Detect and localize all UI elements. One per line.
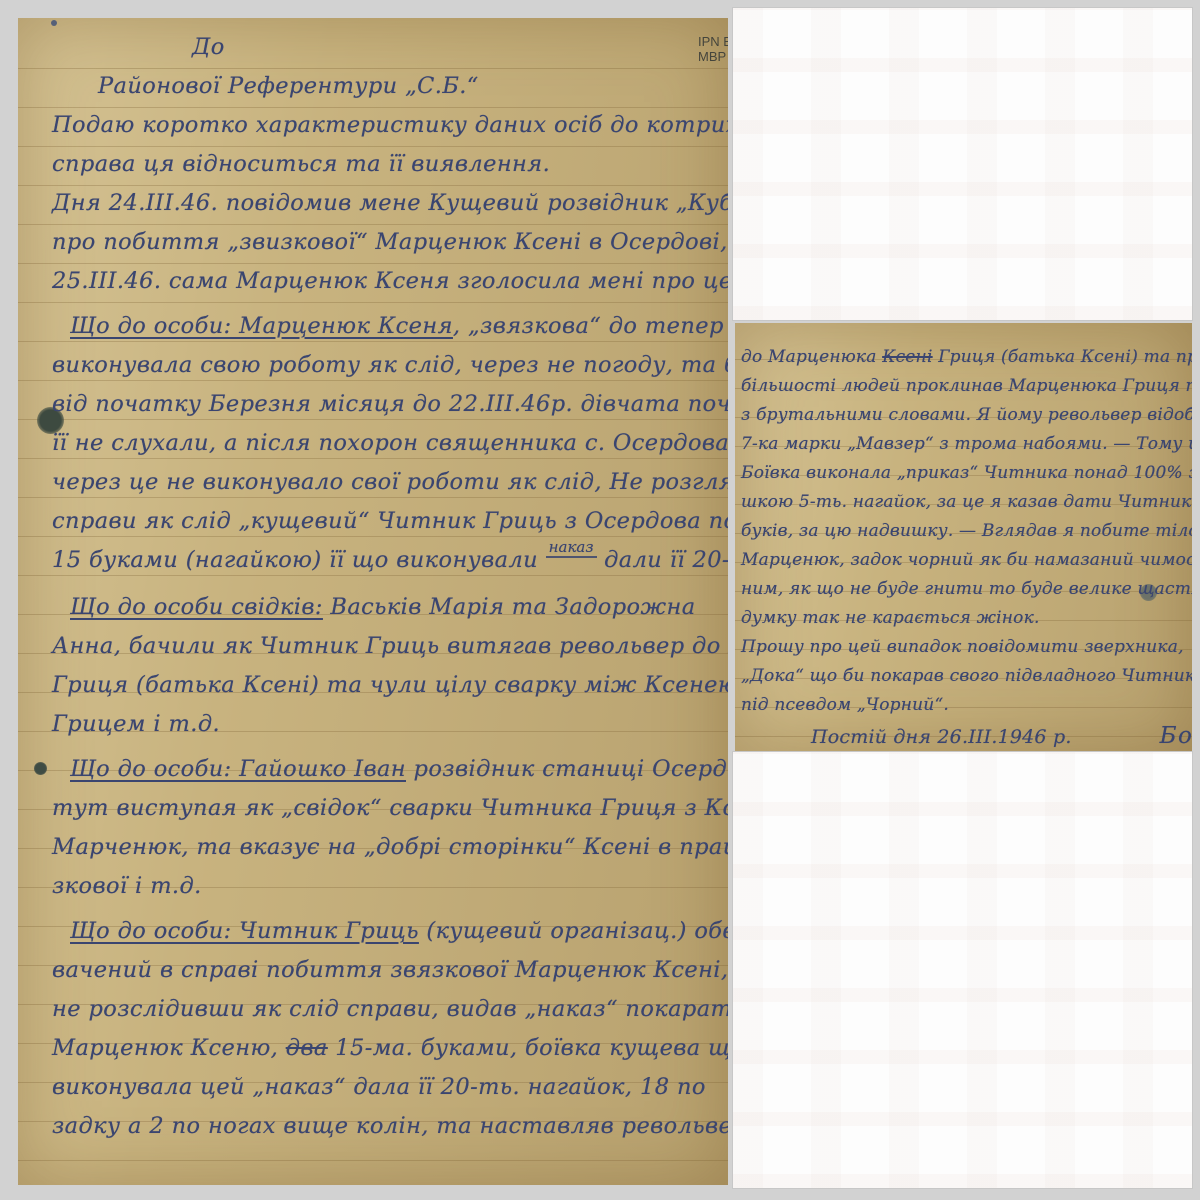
handwritten-line: під псевдом „Чорний“.	[741, 691, 1188, 720]
section-witnesses: Що до особи свідків: Васьків Марія та За…	[52, 588, 720, 744]
scanned-document-collage: IPN B MBP До Районової Референтури „С.Б.…	[0, 0, 1200, 1200]
section-heading: Що до особи: Марценюк Ксеня	[70, 313, 453, 339]
handwritten-line: через це не виконувало свої роботи як сл…	[52, 463, 720, 502]
page-2-text: до Марценюка Ксені Гриця (батька Ксені) …	[741, 343, 1188, 751]
handwritten-line: зкової і т.д.	[52, 867, 720, 906]
line-segment: Марценюк Ксеню,	[52, 1035, 286, 1061]
handwritten-line: 25.ІІІ.46. сама Марценюк Ксеня зголосила…	[52, 262, 720, 301]
handwritten-line: більшості людей проклинав Марценюка Гриц…	[741, 372, 1188, 401]
handwritten-line: „Дока“ що би покарав свого підвладного Ч…	[741, 662, 1188, 691]
handwritten-line-with-strikethrough: до Марценюка Ксені Гриця (батька Ксені) …	[741, 343, 1188, 372]
handwritten-line: задку а 2 по ногах вище колін, та настав…	[52, 1107, 720, 1146]
handwritten-line: думку так не карається жінок.	[741, 604, 1188, 633]
manuscript-page-2: до Марценюка Ксені Гриця (батька Ксені) …	[735, 323, 1192, 751]
line-segment: дали її 20-ть. нагайок.	[604, 547, 728, 573]
handwritten-line: Марценюк, задок чорний як би намазаний ч…	[741, 546, 1188, 575]
handwritten-line: Дня 24.ІІІ.46. повідомив мене Кущевий ро…	[52, 184, 720, 223]
intro-paragraph: Подаю коротко характеристику даних осіб …	[52, 106, 720, 184]
white-backing-page-bottom	[733, 752, 1192, 1188]
section-marceniuk: Що до особи: Марценюк Ксеня, „звязкова“ …	[52, 307, 720, 582]
handwritten-line: шкою 5-ть. нагайок, за це я казав дати Ч…	[741, 488, 1188, 517]
report-paragraph: Дня 24.ІІІ.46. повідомив мене Кущевий ро…	[52, 184, 720, 301]
handwritten-line: Боївка виконала „приказ“ Читника понад 1…	[741, 459, 1188, 488]
handwritten-line: Марченюк, та вказує на „добрі сторінки“ …	[52, 828, 720, 867]
handwritten-line: Грицем і т.д.	[52, 705, 720, 744]
handwritten-line: ним, як що не буде гнити то буде велике …	[741, 575, 1188, 604]
handwritten-line: Гриця (батька Ксені) та чули цілу сварку…	[52, 666, 720, 705]
section-chytnyk: Що до особи: Читник Гриць (кущевий орган…	[52, 912, 720, 1146]
document-heading: Районової Референтури „С.Б.“	[98, 67, 720, 106]
handwritten-line: виконувала свою роботу як слід, через не…	[52, 346, 720, 385]
handwritten-line: справа ця відноситься та її виявлення.	[52, 145, 720, 184]
handwritten-line: не розслідивши як слід справи, видав „на…	[52, 990, 720, 1029]
handwritten-line: про побиття „звизкової“ Марценюк Ксені в…	[52, 223, 720, 262]
section-heading-line: Що до особи: Читник Гриць (кущевий орган…	[52, 912, 720, 951]
section-heading-line: Що до особи: Гайошко Іван розвідник стан…	[52, 750, 720, 789]
struck-word: два	[286, 1035, 328, 1061]
line-segment: до Марценюка	[741, 347, 882, 367]
line-segment: 15-ма. буками, боївка кущева що	[328, 1035, 728, 1061]
section-heading: Що до особи свідків:	[70, 594, 323, 620]
page-1-text: До Районової Референтури „С.Б.“ Подаю ко…	[52, 28, 720, 1146]
handwritten-line: вачений в справі побиття звязкової Марце…	[52, 951, 720, 990]
heading-continuation: , „звязкова“ до тепер	[453, 313, 724, 339]
handwritten-line: справи як слід „кущевий“ Читник Гриць з …	[52, 502, 720, 541]
handwritten-line: виконувала цей „наказ“ дала її 20-ть. на…	[52, 1068, 720, 1107]
handwritten-line: тут виступая як „свідок“ сварки Читника …	[52, 789, 720, 828]
handwritten-line: Анна, бачили як Читник Гриць витягав рев…	[52, 627, 720, 666]
ink-blot	[34, 762, 47, 775]
handwritten-line: від початку Березня місяця до 22.ІІІ.46р…	[52, 385, 720, 424]
handwritten-line: 7-ка марки „Мавзер“ з трома набоями. — Т…	[741, 430, 1188, 459]
heading-continuation: (кущевий організац.) обвину	[419, 918, 728, 944]
section-heading: Що до особи: Читник Гриць	[70, 918, 419, 944]
signature: Борис.	[1160, 722, 1192, 751]
handwritten-line-with-insert: 15 буками (нагайкою) її що виконували на…	[52, 541, 720, 582]
salutation: До	[192, 28, 720, 67]
handwritten-line-with-strikethrough: Марценюк Ксеню, два 15-ма. буками, боївк…	[52, 1029, 720, 1068]
handwritten-line: буків, за цю надвишку. — Вглядав я побит…	[741, 517, 1188, 546]
white-backing-page-top	[733, 8, 1192, 320]
date-place-line: Постій дня 26.ІІІ.1946 р.	[811, 723, 1072, 751]
closing-row: Постій дня 26.ІІІ.1946 р. Борис.	[811, 722, 1188, 751]
handwritten-line: її не слухали, а після похорон священник…	[52, 424, 720, 463]
line-segment: 15 буками (нагайкою) її що виконували	[52, 547, 538, 573]
inserted-word: наказ	[546, 538, 597, 558]
heading-continuation: розвідник станиці Осердів,	[406, 756, 728, 782]
section-heading-line: Що до особи свідків: Васьків Марія та За…	[52, 588, 720, 627]
handwritten-line: з брутальними словами. Я йому револьвер …	[741, 401, 1188, 430]
struck-word: Ксені	[882, 347, 932, 367]
line-segment: Гриця (батька Ксені) та присутності	[933, 347, 1192, 367]
section-haioshko: Що до особи: Гайошко Іван розвідник стан…	[52, 750, 720, 906]
heading-continuation: Васьків Марія та Задорожна	[323, 594, 696, 620]
handwritten-line: Подаю коротко характеристику даних осіб …	[52, 106, 720, 145]
handwritten-line: Прошу про цей випадок повідомити зверхни…	[741, 633, 1188, 662]
section-heading-line: Що до особи: Марценюк Ксеня, „звязкова“ …	[52, 307, 720, 346]
section-heading: Що до особи: Гайошко Іван	[70, 756, 406, 782]
manuscript-page-1: IPN B MBP До Районової Референтури „С.Б.…	[18, 18, 728, 1185]
ink-speck	[51, 20, 57, 26]
